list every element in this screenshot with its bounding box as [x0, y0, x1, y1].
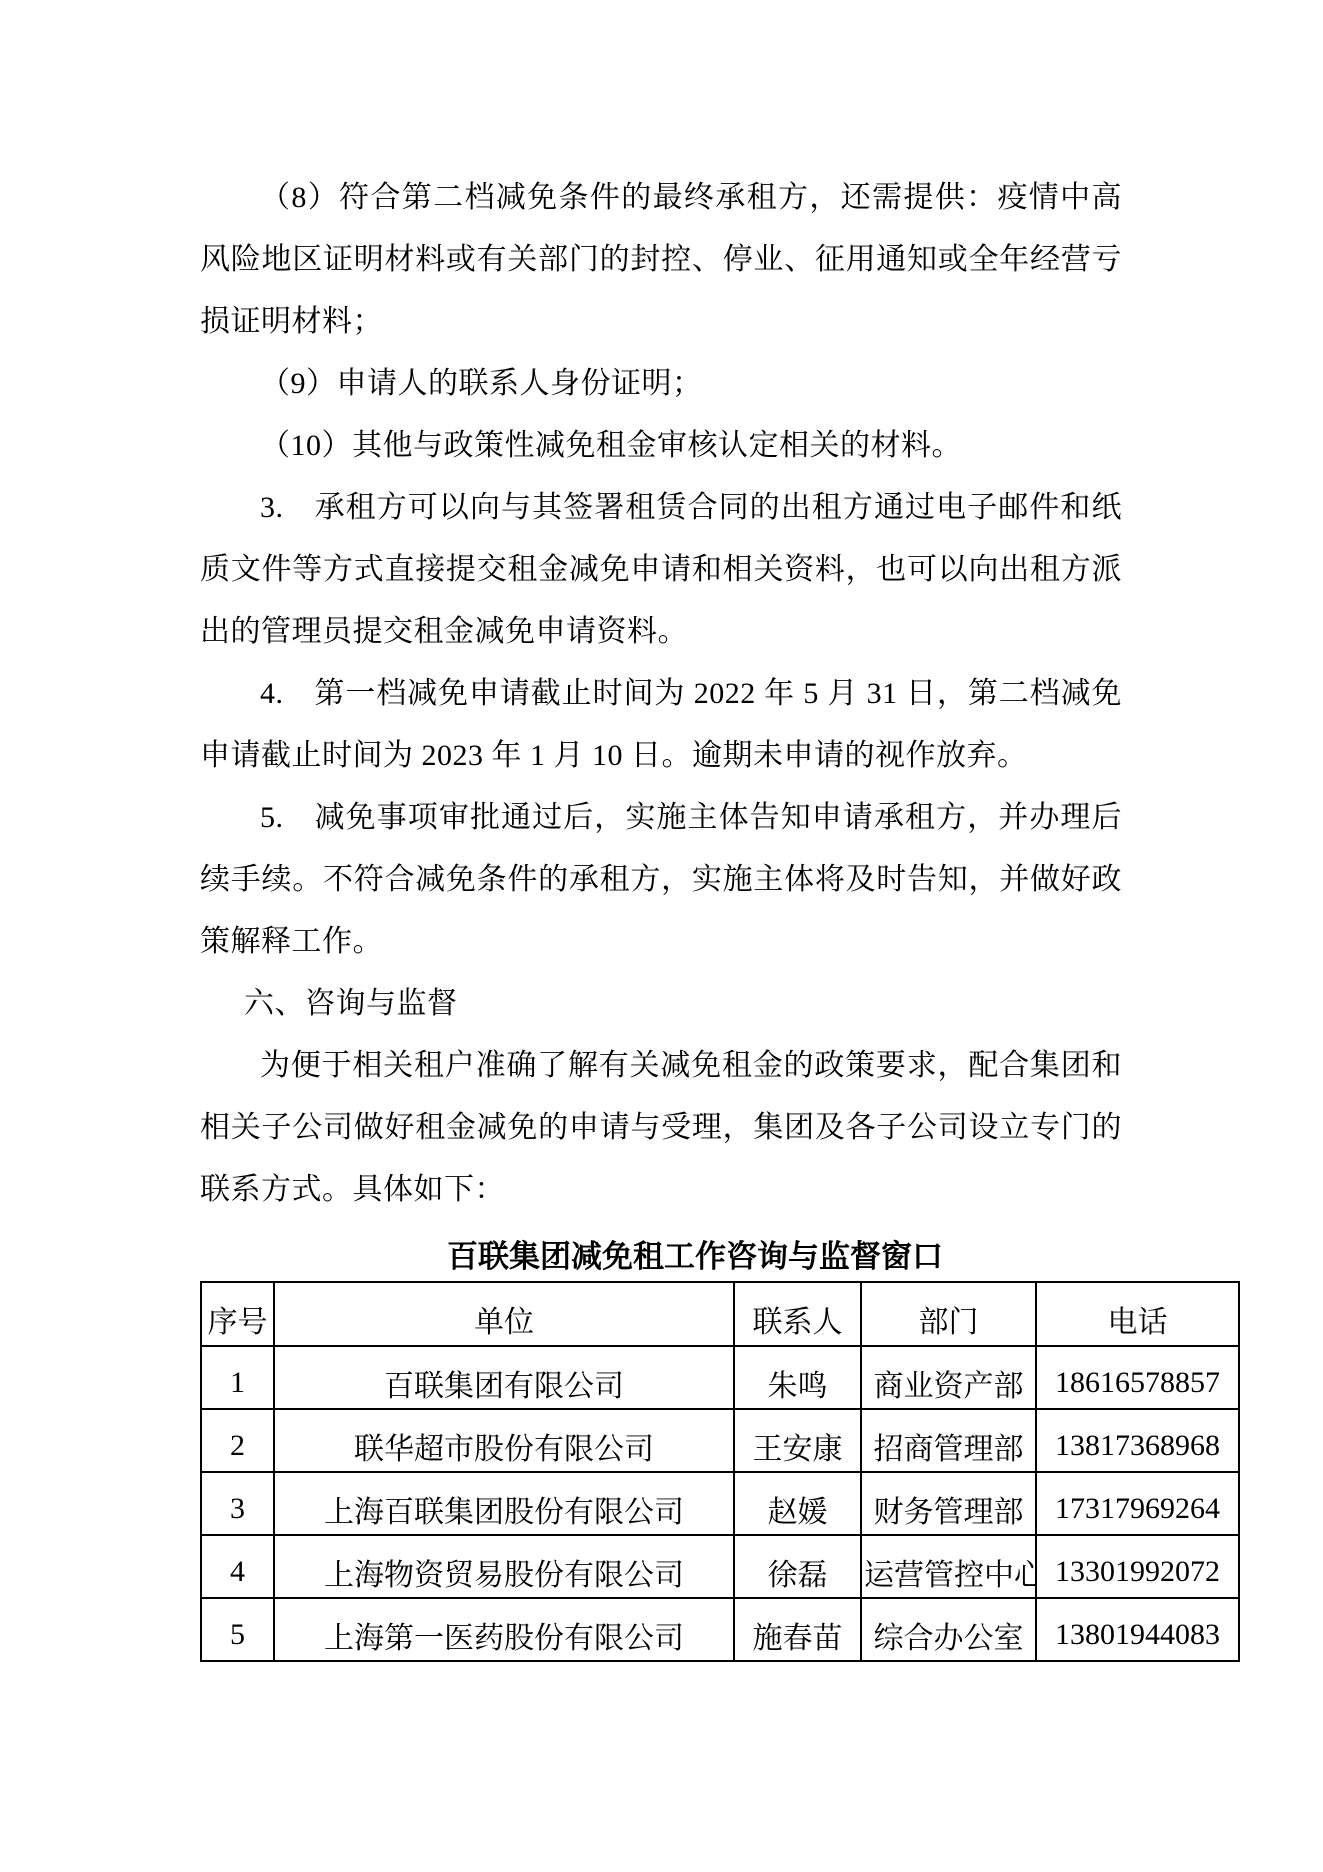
paragraph: 5. 减免事项审批通过后，实施主体告知申请承租方，并办理后续手续。不符合减免条件… — [200, 787, 1122, 973]
body-text: （8）符合第二档减免条件的最终承租方，还需提供：疫情中高风险地区证明材料或有关部… — [200, 167, 1122, 1221]
paragraph: （8）符合第二档减免条件的最终承租方，还需提供：疫情中高风险地区证明材料或有关部… — [200, 167, 1122, 353]
cell-phone: 13301992072 — [1036, 1535, 1239, 1598]
cell-contact: 朱鸣 — [734, 1346, 861, 1409]
table-row: 3 上海百联集团股份有限公司 赵媛 财务管理部 17317969264 — [201, 1472, 1239, 1535]
paragraph: 3. 承租方可以向与其签署租赁合同的出租方通过电子邮件和纸质文件等方式直接提交租… — [200, 477, 1122, 663]
cell-phone: 13817368968 — [1036, 1409, 1239, 1472]
cell-index: 2 — [201, 1409, 274, 1472]
column-header-index: 序号 — [201, 1282, 274, 1346]
column-header-company: 单位 — [274, 1282, 734, 1346]
column-header-department: 部门 — [861, 1282, 1036, 1346]
cell-index: 5 — [201, 1598, 274, 1661]
cell-contact: 徐磊 — [734, 1535, 861, 1598]
cell-contact: 王安康 — [734, 1409, 861, 1472]
cell-department: 招商管理部 — [861, 1409, 1036, 1472]
cell-department: 综合办公室 — [861, 1598, 1036, 1661]
cell-contact: 施春苗 — [734, 1598, 861, 1661]
document-page: （8）符合第二档减免条件的最终承租方，还需提供：疫情中高风险地区证明材料或有关部… — [0, 0, 1323, 1872]
cell-company: 上海第一医药股份有限公司 — [274, 1598, 734, 1661]
table-row: 1 百联集团有限公司 朱鸣 商业资产部 18616578857 — [201, 1346, 1239, 1409]
cell-phone: 13801944083 — [1036, 1598, 1239, 1661]
column-header-contact: 联系人 — [734, 1282, 861, 1346]
cell-department: 运营管控中心 — [861, 1535, 1036, 1598]
cell-department: 商业资产部 — [861, 1346, 1036, 1409]
cell-index: 4 — [201, 1535, 274, 1598]
cell-phone: 18616578857 — [1036, 1346, 1239, 1409]
cell-contact: 赵媛 — [734, 1472, 861, 1535]
contact-table: 序号 单位 联系人 部门 电话 1 百联集团有限公司 朱鸣 商业资产部 1861… — [200, 1281, 1240, 1662]
cell-index: 1 — [201, 1346, 274, 1409]
paragraph: （9）申请人的联系人身份证明； — [200, 353, 1122, 415]
table-row: 2 联华超市股份有限公司 王安康 招商管理部 13817368968 — [201, 1409, 1239, 1472]
cell-department: 财务管理部 — [861, 1472, 1036, 1535]
table-title: 百联集团减免租工作咨询与监督窗口 — [176, 1233, 1214, 1281]
cell-company: 联华超市股份有限公司 — [274, 1409, 734, 1472]
table-row: 5 上海第一医药股份有限公司 施春苗 综合办公室 13801944083 — [201, 1598, 1239, 1661]
table-row: 4 上海物资贸易股份有限公司 徐磊 运营管控中心 13301992072 — [201, 1535, 1239, 1598]
paragraph: 为便于相关租户准确了解有关减免租金的政策要求，配合集团和相关子公司做好租金减免的… — [200, 1035, 1122, 1221]
cell-company: 上海物资贸易股份有限公司 — [274, 1535, 734, 1598]
paragraph: 4. 第一档减免申请截止时间为 2022 年 5 月 31 日，第二档减免申请截… — [200, 663, 1122, 787]
column-header-phone: 电话 — [1036, 1282, 1239, 1346]
cell-index: 3 — [201, 1472, 274, 1535]
cell-company: 百联集团有限公司 — [274, 1346, 734, 1409]
cell-phone: 17317969264 — [1036, 1472, 1239, 1535]
section-heading: 六、咨询与监督 — [200, 973, 1122, 1035]
table-header-row: 序号 单位 联系人 部门 电话 — [201, 1282, 1239, 1346]
cell-company: 上海百联集团股份有限公司 — [274, 1472, 734, 1535]
paragraph: （10）其他与政策性减免租金审核认定相关的材料。 — [200, 415, 1122, 477]
